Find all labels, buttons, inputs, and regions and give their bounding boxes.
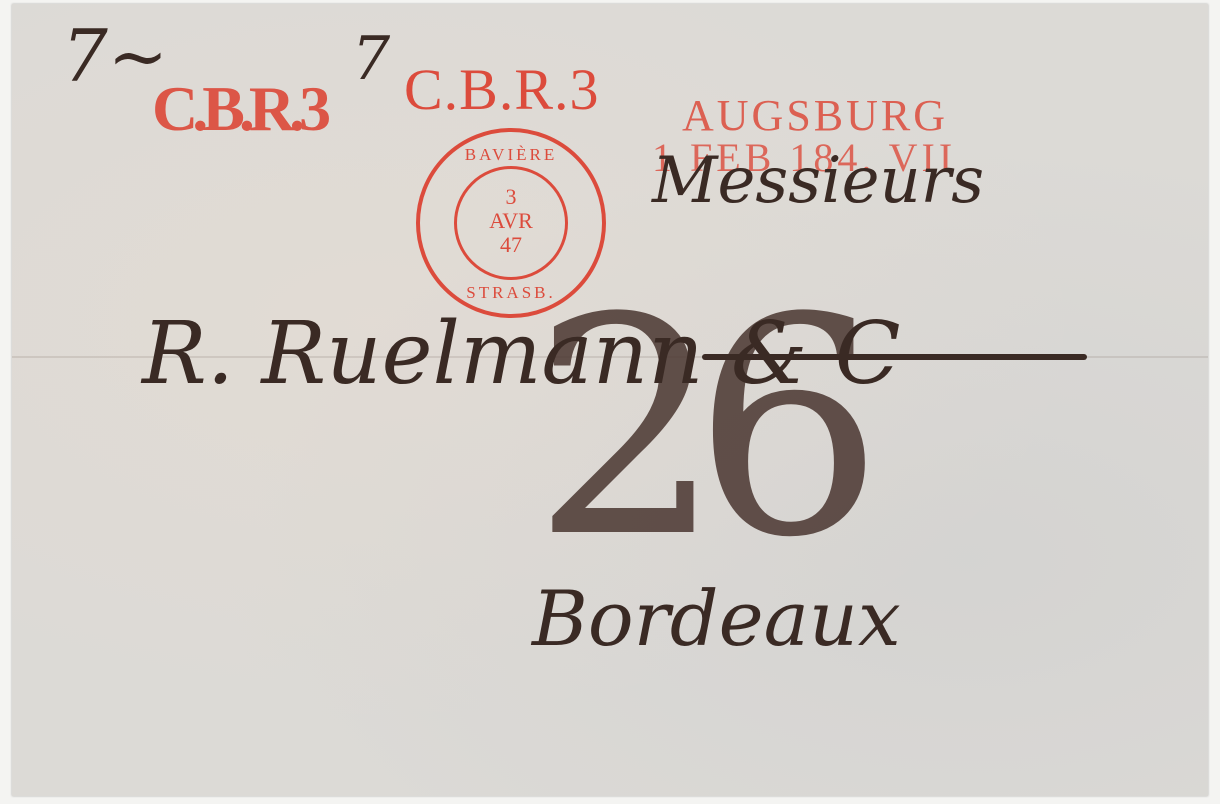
- entry-cancel-month: AVR: [420, 210, 602, 232]
- destination-city: Bordeaux: [532, 574, 901, 663]
- strike-line: [702, 354, 1087, 360]
- accountancy-stamp-struck-over: C.B.R.3: [152, 72, 325, 146]
- salutation: Messieurs: [652, 144, 984, 218]
- letter-cover: 7~ 7 C.B.R.3 C.B.R.3 AUGSBURG 1 FEB 184.…: [12, 4, 1208, 796]
- entry-cancel-year: 47: [420, 234, 602, 256]
- entry-cancel-day: 3: [420, 186, 602, 208]
- manuscript-mark: 7: [352, 24, 390, 94]
- accountancy-stamp: C.B.R.3: [404, 56, 600, 123]
- entry-cancel-top-text: BAVIÈRE: [420, 144, 602, 166]
